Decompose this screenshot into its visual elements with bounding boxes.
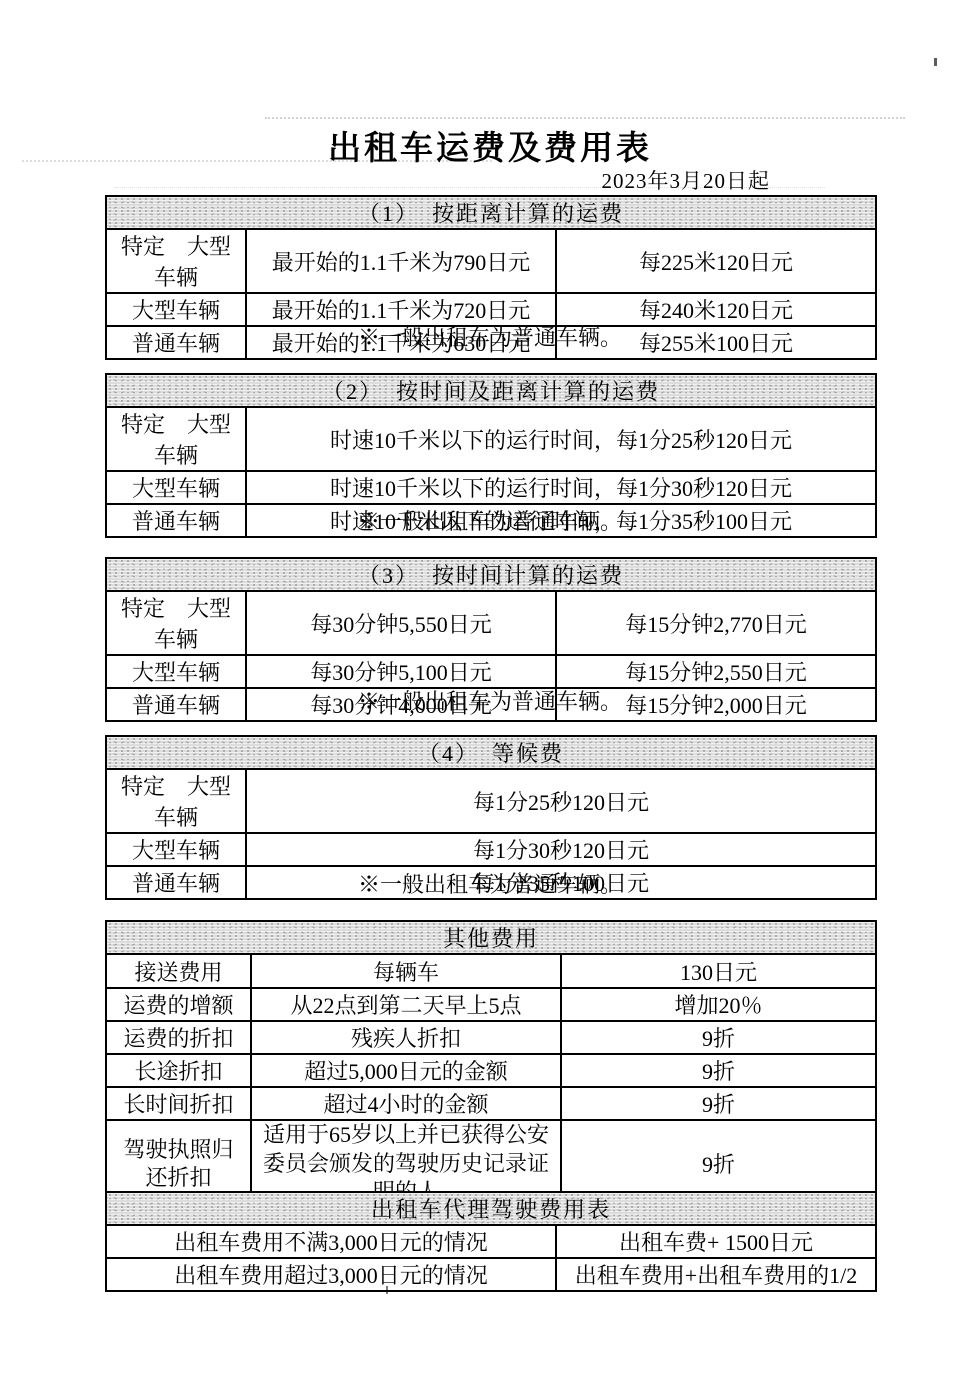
scan-artifact-dot [934, 58, 937, 66]
table-header: （2） 按时间及距离计算的运费 [106, 374, 876, 407]
amount-cell: 9折 [561, 1021, 876, 1054]
table-row: 大型车辆 时速10千米以下的运行时间，每1分30秒120日元 [106, 471, 876, 504]
table-row: 出租车费用不满3,000日元的情况 出租车费+ 1500日元 [106, 1225, 876, 1258]
waiting-fee-cell: 每1分30秒120日元 [246, 833, 876, 866]
base-fare-cell: 最开始的1.1千米为790日元 [246, 229, 556, 293]
condition-cell: 每辆车 [251, 954, 561, 988]
table-header: （3） 按时间计算的运费 [106, 558, 876, 591]
amount-cell: 9折 [561, 1054, 876, 1087]
fee-type-cell: 运费的增额 [106, 988, 251, 1021]
vehicle-type-cell: 大型车辆 [106, 655, 246, 688]
fare-15min-cell: 每15分钟2,770日元 [556, 591, 876, 655]
footnote: ※一般出租车为普通车辆。 [105, 868, 875, 899]
table-row: 长时间折扣 超过4小时的金额 9折 [106, 1087, 876, 1120]
fee-type-cell: 接送费用 [106, 954, 251, 988]
table-header: （1） 按距离计算的运费 [106, 196, 876, 229]
fare-15min-cell: 每15分钟2,550日元 [556, 655, 876, 688]
condition-cell: 出租车费用超过3,000日元的情况 [106, 1258, 556, 1291]
table-row: 接送费用 每辆车 130日元 [106, 954, 876, 988]
increment-fare-cell: 每225米120日元 [556, 229, 876, 293]
amount-cell: 出租车费用+出租车费用的1/2 [556, 1258, 876, 1291]
table-header: 出租车代理驾驶费用表 [106, 1192, 876, 1225]
table-row: 大型车辆 每1分30秒120日元 [106, 833, 876, 866]
effective-date: 2023年3月20日起 [105, 165, 770, 195]
fare-30min-cell: 每30分钟5,100日元 [246, 655, 556, 688]
fee-type-cell: 长时间折扣 [106, 1087, 251, 1120]
page-title: 出租车运费及费用表 [105, 122, 875, 169]
vehicle-type-cell: 特定 大型车辆 [106, 769, 246, 833]
table-row: 特定 大型车辆 每1分25秒120日元 [106, 769, 876, 833]
fare-rule-cell: 时速10千米以下的运行时间，每1分30秒120日元 [246, 471, 876, 504]
table-row: 运费的折扣 残疾人折扣 9折 [106, 1021, 876, 1054]
table-row: 特定 大型车辆 最开始的1.1千米为790日元 每225米120日元 [106, 229, 876, 293]
amount-cell: 9折 [561, 1087, 876, 1120]
vehicle-type-cell: 大型车辆 [106, 471, 246, 504]
condition-cell: 超过4小时的金额 [251, 1087, 561, 1120]
scan-artifact-dotted-line [265, 117, 905, 119]
table-row: 出租车费用超过3,000日元的情况 出租车费用+出租车费用的1/2 [106, 1258, 876, 1291]
condition-cell: 超过5,000日元的金额 [251, 1054, 561, 1087]
condition-cell: 出租车费用不满3,000日元的情况 [106, 1225, 556, 1258]
footnote: ※一般出租车为普通车辆。 [105, 685, 875, 716]
footnote: ※一般出租车为普通车辆。 [105, 505, 875, 536]
vehicle-type-cell: 大型车辆 [106, 833, 246, 866]
fare-rule-cell: 时速10千米以下的运行时间，每1分25秒120日元 [246, 407, 876, 471]
amount-cell: 130日元 [561, 954, 876, 988]
fee-type-cell: 运费的折扣 [106, 1021, 251, 1054]
vehicle-type-cell: 特定 大型车辆 [106, 591, 246, 655]
amount-cell: 增加20％ [561, 988, 876, 1021]
vehicle-type-cell: 特定 大型车辆 [106, 229, 246, 293]
table-agency-driving-fee: 出租车代理驾驶费用表 出租车费用不满3,000日元的情况 出租车费+ 1500日… [105, 1191, 877, 1292]
fee-type-cell: 长途折扣 [106, 1054, 251, 1087]
condition-cell: 从22点到第二天早上5点 [251, 988, 561, 1021]
condition-cell: 残疾人折扣 [251, 1021, 561, 1054]
table-header: 其他费用 [106, 921, 876, 954]
fare-30min-cell: 每30分钟5,550日元 [246, 591, 556, 655]
waiting-fee-cell: 每1分25秒120日元 [246, 769, 876, 833]
table-header: （4） 等候费 [106, 736, 876, 769]
table-row: 大型车辆 每30分钟5,100日元 每15分钟2,550日元 [106, 655, 876, 688]
amount-cell: 出租车费+ 1500日元 [556, 1225, 876, 1258]
table-row: 长途折扣 超过5,000日元的金额 9折 [106, 1054, 876, 1087]
table-other-fees: 其他费用 接送费用 每辆车 130日元 运费的增额 从22点到第二天早上5点 增… [105, 920, 877, 1209]
footnote: ※一般出租车为普通车辆。 [105, 321, 875, 352]
vehicle-type-cell: 特定 大型车辆 [106, 407, 246, 471]
scanned-document-page: { "document": { "title": "出租车运费及费用表", "e… [0, 0, 980, 1386]
table-row: 特定 大型车辆 时速10千米以下的运行时间，每1分25秒120日元 [106, 407, 876, 471]
table-row: 特定 大型车辆 每30分钟5,550日元 每15分钟2,770日元 [106, 591, 876, 655]
table-row: 运费的增额 从22点到第二天早上5点 增加20％ [106, 988, 876, 1021]
